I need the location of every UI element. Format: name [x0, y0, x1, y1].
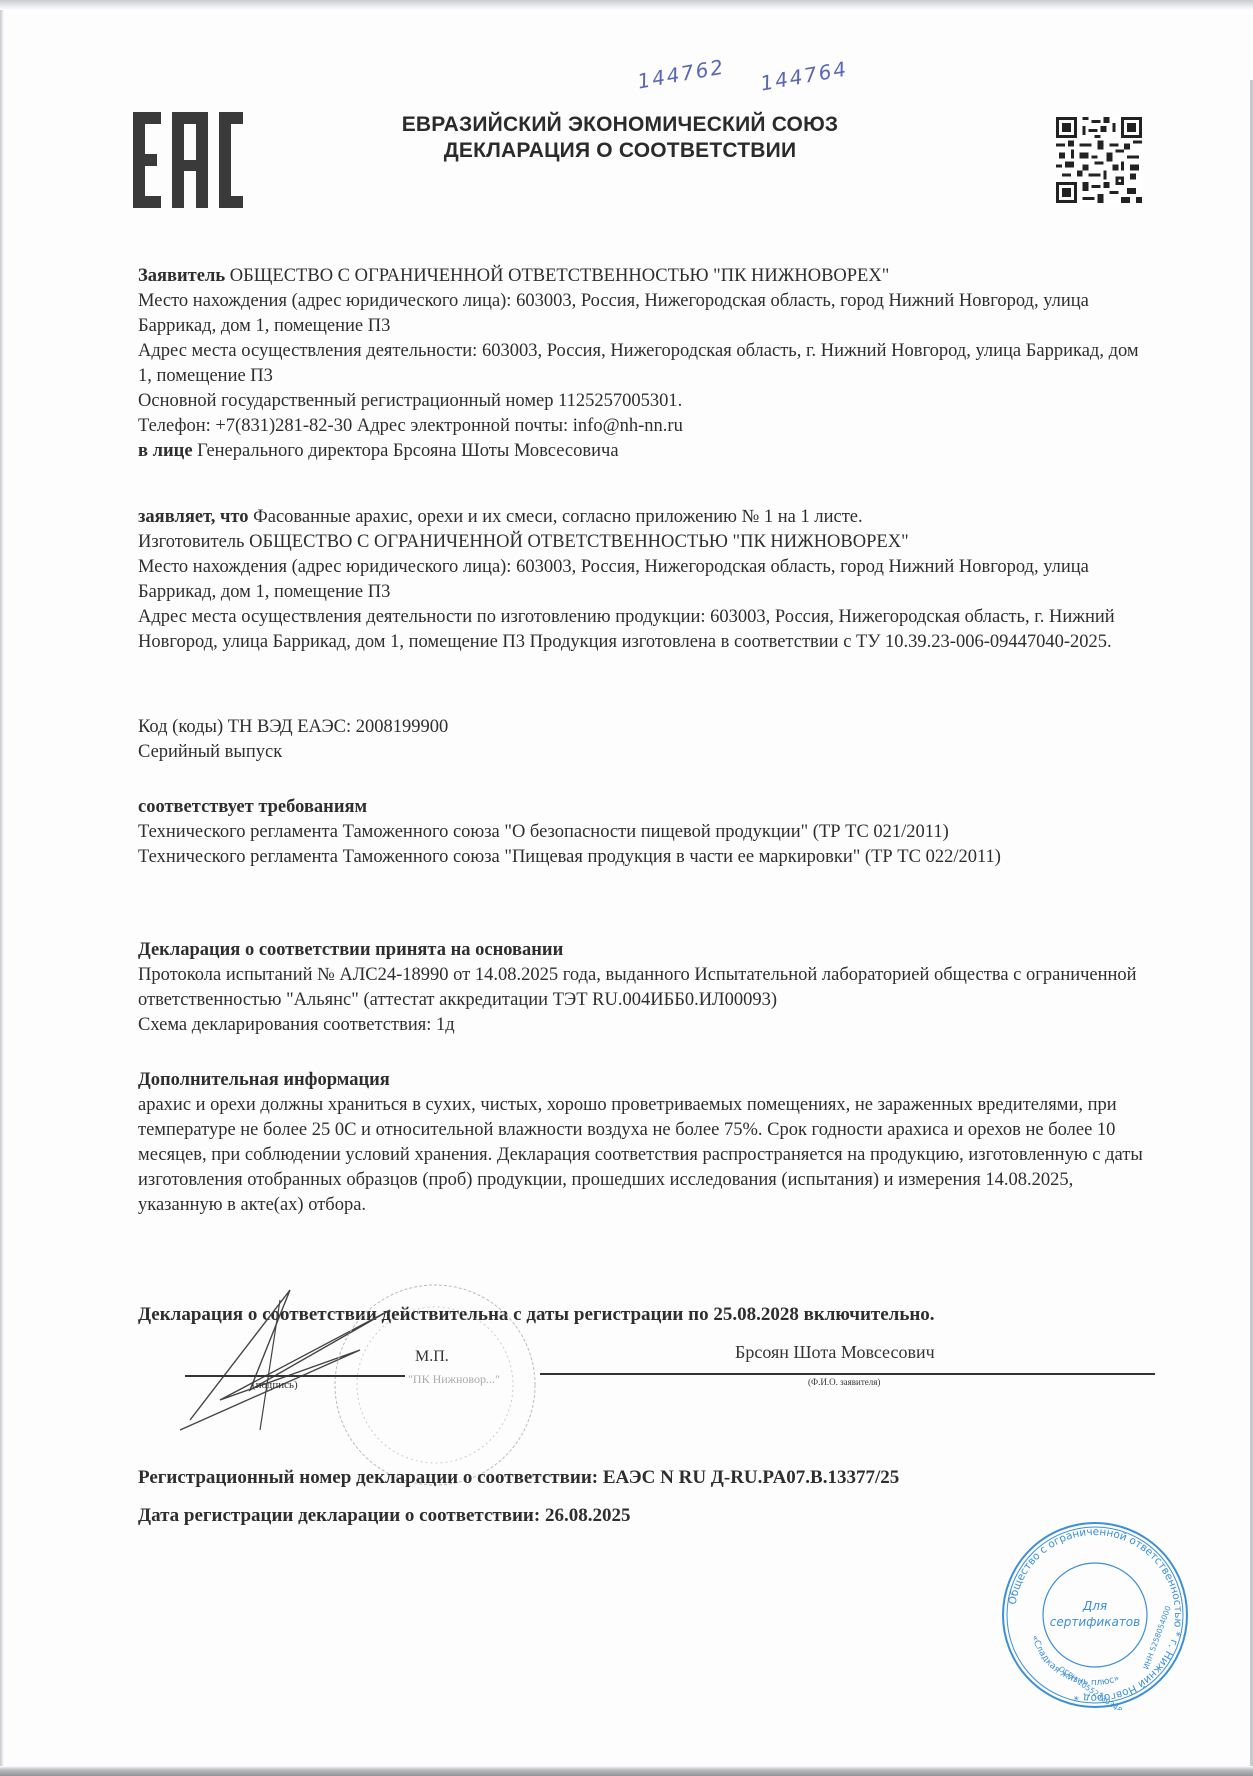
requirement-item-2: Технического регламента Таможенного союз… [138, 845, 1148, 870]
manufacturer: Изготовитель ОБЩЕСТВО С ОГРАНИЧЕННОЙ ОТВ… [138, 530, 1148, 555]
scan-edge-top [0, 0, 1253, 10]
declares-label: заявляет, что [138, 507, 249, 527]
additional-info-text: арахис и орехи должны храниться в сухих,… [138, 1093, 1148, 1218]
scan-edge-left [0, 10, 4, 1766]
requirements-heading: соответствует требованиям [138, 795, 1148, 820]
seal-faint-text: "ПК Нижновор..." [408, 1372, 500, 1387]
production-address: Адрес места осуществления деятельности п… [138, 605, 1148, 655]
signer-name: Брсоян Шота Мовсесович [735, 1342, 935, 1363]
manufacturer-legal-address: Место нахождения (адрес юридического лиц… [138, 555, 1148, 605]
basis-heading: Декларация о соответствии принята на осн… [138, 938, 1148, 963]
product-description: Фасованные арахис, орехи и их смеси, сог… [253, 507, 862, 527]
handwritten-note-1: 144762 [636, 55, 727, 94]
company-stamp-icon: Общество с ограниченной ответственностью… [1000, 1520, 1190, 1710]
applicant-activity-address: Адрес места осуществления деятельности: … [138, 339, 1148, 389]
represented-label: в лице [138, 441, 193, 461]
signer-caption: (Ф.И.О. заявителя) [808, 1377, 880, 1387]
applicant-contacts: Телефон: +7(831)281-82-30 Адрес электрон… [138, 414, 1148, 439]
applicant-name: ОБЩЕСТВО С ОГРАНИЧЕННОЙ ОТВЕТСТВЕННОСТЬЮ… [230, 266, 890, 286]
requirement-item-1: Технического регламента Таможенного союз… [138, 820, 1148, 845]
represented-by: Генерального директора Брсояна Шоты Мовс… [197, 441, 618, 461]
tn-ved-code: Код (коды) ТН ВЭД ЕАЭС: 2008199900 [138, 715, 1148, 740]
additional-info-heading: Дополнительная информация [138, 1068, 1148, 1093]
title-line-1: ЕВРАЗИЙСКИЙ ЭКОНОМИЧЕСКИЙ СОЮЗ [300, 112, 940, 138]
basis-protocol: Протокола испытаний № АЛС24-18990 от 14.… [138, 963, 1148, 1013]
registration-date: Дата регистрации декларации о соответств… [138, 1503, 1148, 1528]
release-type: Серийный выпуск [138, 740, 1148, 765]
applicant-representative-line: в лице Генерального директора Брсояна Шо… [138, 439, 1148, 464]
signer-name-line [540, 1373, 1155, 1375]
title-line-2: ДЕКЛАРАЦИЯ О СООТВЕТСТВИИ [300, 138, 940, 164]
signature-caption: (подпись) [252, 1379, 298, 1391]
document-title: ЕВРАЗИЙСКИЙ ЭКОНОМИЧЕСКИЙ СОЮЗ ДЕКЛАРАЦИ… [300, 112, 940, 164]
stamp-center-line-2: сертификатов [1050, 1615, 1140, 1629]
applicant-legal-address: Место нахождения (адрес юридического лиц… [138, 289, 1148, 339]
seal-label: М.П. [415, 1348, 449, 1366]
declares-line: заявляет, что Фасованные арахис, орехи и… [138, 505, 1148, 530]
declaration-section: заявляет, что Фасованные арахис, орехи и… [138, 505, 1148, 655]
requirements-section: соответствует требованиям Технического р… [138, 795, 1148, 870]
stamp-center-line-1: Для [1082, 1599, 1107, 1613]
qr-code-icon [1056, 117, 1142, 203]
registration-number: Регистрационный номер декларации о соотв… [138, 1465, 1148, 1490]
handwritten-note-2: 144764 [759, 57, 850, 96]
eac-logo-icon: ЕАС [133, 112, 243, 208]
applicant-label: Заявитель [138, 266, 225, 286]
basis-scheme: Схема декларирования соответствия: 1д [138, 1013, 1148, 1038]
signature-line [185, 1375, 405, 1377]
applicant-section: Заявитель ОБЩЕСТВО С ОГРАНИЧЕННОЙ ОТВЕТС… [138, 264, 1148, 464]
scan-edge-bottom [0, 1766, 1253, 1776]
basis-section: Декларация о соответствии принята на осн… [138, 938, 1148, 1038]
codes-section: Код (коды) ТН ВЭД ЕАЭС: 2008199900 Серий… [138, 715, 1148, 765]
additional-info-section: Дополнительная информация арахис и орехи… [138, 1068, 1148, 1218]
applicant-ogrn: Основной государственный регистрационный… [138, 389, 1148, 414]
applicant-name-line: Заявитель ОБЩЕСТВО С ОГРАНИЧЕННОЙ ОТВЕТС… [138, 264, 1148, 289]
